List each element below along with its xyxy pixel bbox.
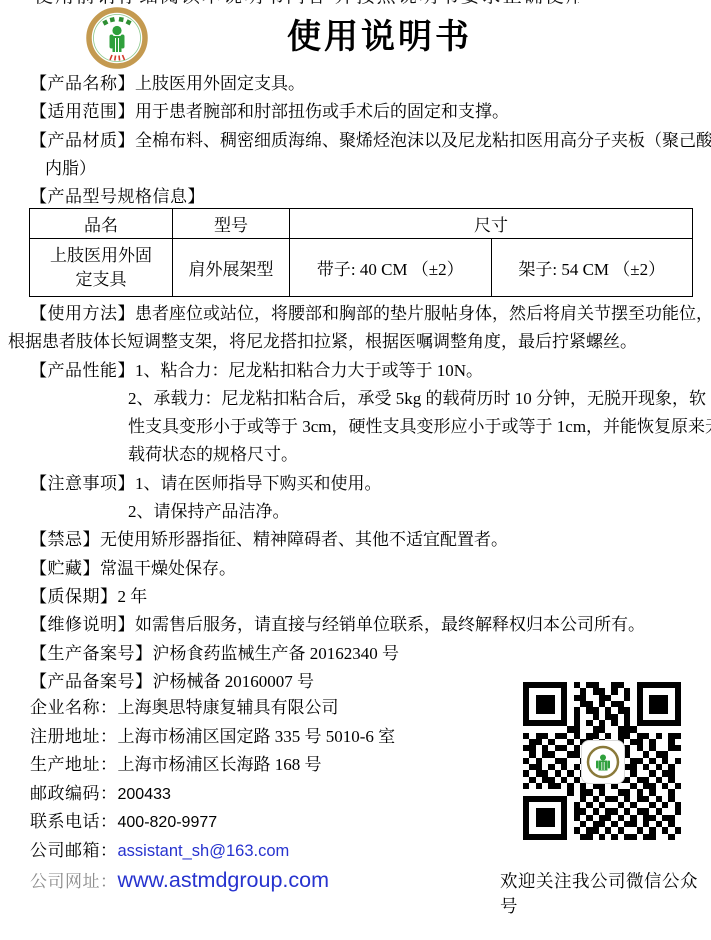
line-usage-1: 【使用方法】患者座位或站位，将腰部和胸部的垫片服帖身体，然后将肩关节摆至功能位， <box>0 300 711 328</box>
performance-label: 【产品性能】 <box>30 361 135 380</box>
line-performance-3: 性支具变形小于或等于 3cm，硬性支具变形应小于或等于 1cm，并能恢复原来无 <box>0 413 711 441</box>
spec-cell-name: 上肢医用外固定支具 <box>30 239 173 297</box>
top-section: 【产品名称】上肢医用外固定支具。 【适用范围】用于患者腕部和肘部扭伤或手术后的固… <box>0 70 711 211</box>
spec-header-size: 尺寸 <box>290 209 693 239</box>
phone-label: 联系电话： <box>30 812 118 831</box>
storage-text: 常温干燥处保存。 <box>100 559 236 578</box>
page-title-row: 使用说明书 <box>0 15 711 61</box>
postcode-label: 邮政编码： <box>30 784 118 803</box>
production-record-label: 【生产备案号】 <box>30 644 153 663</box>
service-label: 【维修说明】 <box>30 615 135 634</box>
product-name-label: 【产品名称】 <box>30 74 135 93</box>
usage-line1: 患者座位或站位，将腰部和胸部的垫片服帖身体，然后将肩关节摆至功能位， <box>135 304 711 323</box>
precautions-line1: 1、请在医师指导下购买和使用。 <box>135 474 382 493</box>
line-usage-2: 根据患者肢体长短调整支架，将尼龙搭扣拉紧，根据医嘱调整角度，最后拧紧螺丝。 <box>0 328 711 356</box>
spec-info-label: 【产品型号规格信息】 <box>30 187 205 206</box>
qr-center-logo <box>581 740 625 784</box>
page-title: 使用说明书 <box>287 19 472 56</box>
line-contraindication: 【禁忌】无使用矫形器指征、精神障碍者、其他不适宜配置者。 <box>0 526 711 554</box>
spec-table: 品名 型号 尺寸 上肢医用外固定支具 肩外展架型 带子: 40 CM （±2） … <box>29 208 693 297</box>
production-record-text: 沪杨食药监械生产备 20162340 号 <box>153 644 400 663</box>
service-text: 如需售后服务，请直接与经销单位联系，最终解释权归本公司所有。 <box>135 615 645 634</box>
line-service: 【维修说明】如需售后服务，请直接与经销单位联系，最终解释权归本公司所有。 <box>0 611 711 639</box>
line-material-1: 【产品材质】全棉布料、稠密细质海绵、聚烯烃泡沫以及尼龙粘扣医用高分子夹板（聚己酸 <box>0 127 711 155</box>
line-precautions-2: 2、请保持产品洁净。 <box>0 498 711 526</box>
clipped-header-text: 使用前请仔细阅读本说明书内容 并按照说明书要求正确使用本产品 <box>34 0 579 7</box>
product-name-text: 上肢医用外固定支具。 <box>135 74 305 93</box>
line-scope: 【适用范围】用于患者腕部和肘部扭伤或手术后的固定和支撑。 <box>0 98 711 126</box>
performance-line3: 性支具变形小于或等于 3cm，硬性支具变形应小于或等于 1cm，并能恢复原来无 <box>128 417 711 436</box>
line-performance-4: 载荷状态的规格尺寸。 <box>0 441 711 469</box>
line-storage: 【贮藏】常温干燥处保存。 <box>0 555 711 583</box>
prod-address-label: 生产地址： <box>30 755 118 774</box>
precautions-label: 【注意事项】 <box>30 474 135 493</box>
line-material-2: 内脂） <box>0 155 711 183</box>
qr-center-logo-icon <box>586 745 620 779</box>
spec-cell-name-text: 上肢医用外固定支具 <box>45 244 157 292</box>
material-label: 【产品材质】 <box>30 131 135 150</box>
usage-label: 【使用方法】 <box>30 304 135 323</box>
email-label: 公司邮箱： <box>30 841 118 860</box>
page-root: { "page": { "title": "使用说明书", "clipped_t… <box>0 0 711 940</box>
spec-cell-size-belt: 带子: 40 CM （±2） <box>290 239 492 297</box>
material-text-2: 内脂） <box>45 159 96 178</box>
reg-address-value: 上海市杨浦区国定路 335 号 5010-6 室 <box>118 727 396 746</box>
company-name-label: 企业名称： <box>30 698 118 717</box>
contraindication-label: 【禁忌】 <box>30 530 100 549</box>
performance-line2: 2、承载力：尼龙粘扣粘合后，承受 5kg 的载荷历时 10 分钟，无脱开现象，软 <box>128 389 706 408</box>
precautions-line2: 2、请保持产品洁净。 <box>128 502 290 521</box>
middle-section: 【使用方法】患者座位或站位，将腰部和胸部的垫片服帖身体，然后将肩关节摆至功能位，… <box>0 300 711 696</box>
performance-line1: 1、粘合力：尼龙粘扣粘合力大于或等于 10N。 <box>135 361 483 380</box>
qr-caption: 欢迎关注我公司微信公众号 <box>500 868 711 918</box>
material-text: 全棉布料、稠密细质海绵、聚烯烃泡沫以及尼龙粘扣医用高分子夹板（聚己酸 <box>135 131 711 150</box>
line-product-name: 【产品名称】上肢医用外固定支具。 <box>0 70 711 98</box>
email-link[interactable]: assistant_sh@163.com <box>118 842 290 860</box>
prod-address-value: 上海市杨浦区长海路 168 号 <box>118 755 322 774</box>
spec-cell-size-frame: 架子: 54 CM （±2） <box>491 239 693 297</box>
spec-header-model: 型号 <box>173 209 290 239</box>
phone-value: 400-820-9977 <box>118 814 218 831</box>
scope-label: 【适用范围】 <box>30 102 135 121</box>
product-record-label: 【产品备案号】 <box>30 672 153 691</box>
line-performance-1: 【产品性能】1、粘合力：尼龙粘扣粘合力大于或等于 10N。 <box>0 357 711 385</box>
reg-address-label: 注册地址： <box>30 727 118 746</box>
line-precautions-1: 【注意事项】1、请在医师指导下购买和使用。 <box>0 470 711 498</box>
company-name-value: 上海奥思特康复辅具有限公司 <box>118 698 339 717</box>
storage-label: 【贮藏】 <box>30 559 100 578</box>
warranty-label: 【质保期】 <box>30 587 118 606</box>
contraindication-text: 无使用矫形器指征、精神障碍者、其他不适宜配置者。 <box>100 530 508 549</box>
product-record-text: 沪杨械备 20160007 号 <box>153 672 315 691</box>
line-production-record: 【生产备案号】沪杨食药监械生产备 20162340 号 <box>0 640 711 668</box>
spec-table-data-row: 上肢医用外固定支具 肩外展架型 带子: 40 CM （±2） 架子: 54 CM… <box>30 239 693 297</box>
postcode-value: 200433 <box>118 786 171 803</box>
line-performance-2: 2、承载力：尼龙粘扣粘合后，承受 5kg 的载荷历时 10 分钟，无脱开现象，软 <box>0 385 711 413</box>
usage-line2: 根据患者肢体长短调整支架，将尼龙搭扣拉紧，根据医嘱调整角度，最后拧紧螺丝。 <box>8 332 637 351</box>
spec-header-name: 品名 <box>30 209 173 239</box>
website-label: 公司网址： <box>30 872 118 891</box>
website-link[interactable]: www.astmdgroup.com <box>118 868 330 892</box>
line-email: 公司邮箱：assistant_sh@163.com <box>0 837 711 866</box>
scope-text: 用于患者腕部和肘部扭伤或手术后的固定和支撑。 <box>135 102 509 121</box>
spec-table-header-row: 品名 型号 尺寸 <box>30 209 693 239</box>
warranty-text: 2 年 <box>118 587 148 606</box>
performance-line4: 载荷状态的规格尺寸。 <box>128 445 298 464</box>
spec-cell-model: 肩外展架型 <box>173 239 290 297</box>
line-warranty: 【质保期】2 年 <box>0 583 711 611</box>
